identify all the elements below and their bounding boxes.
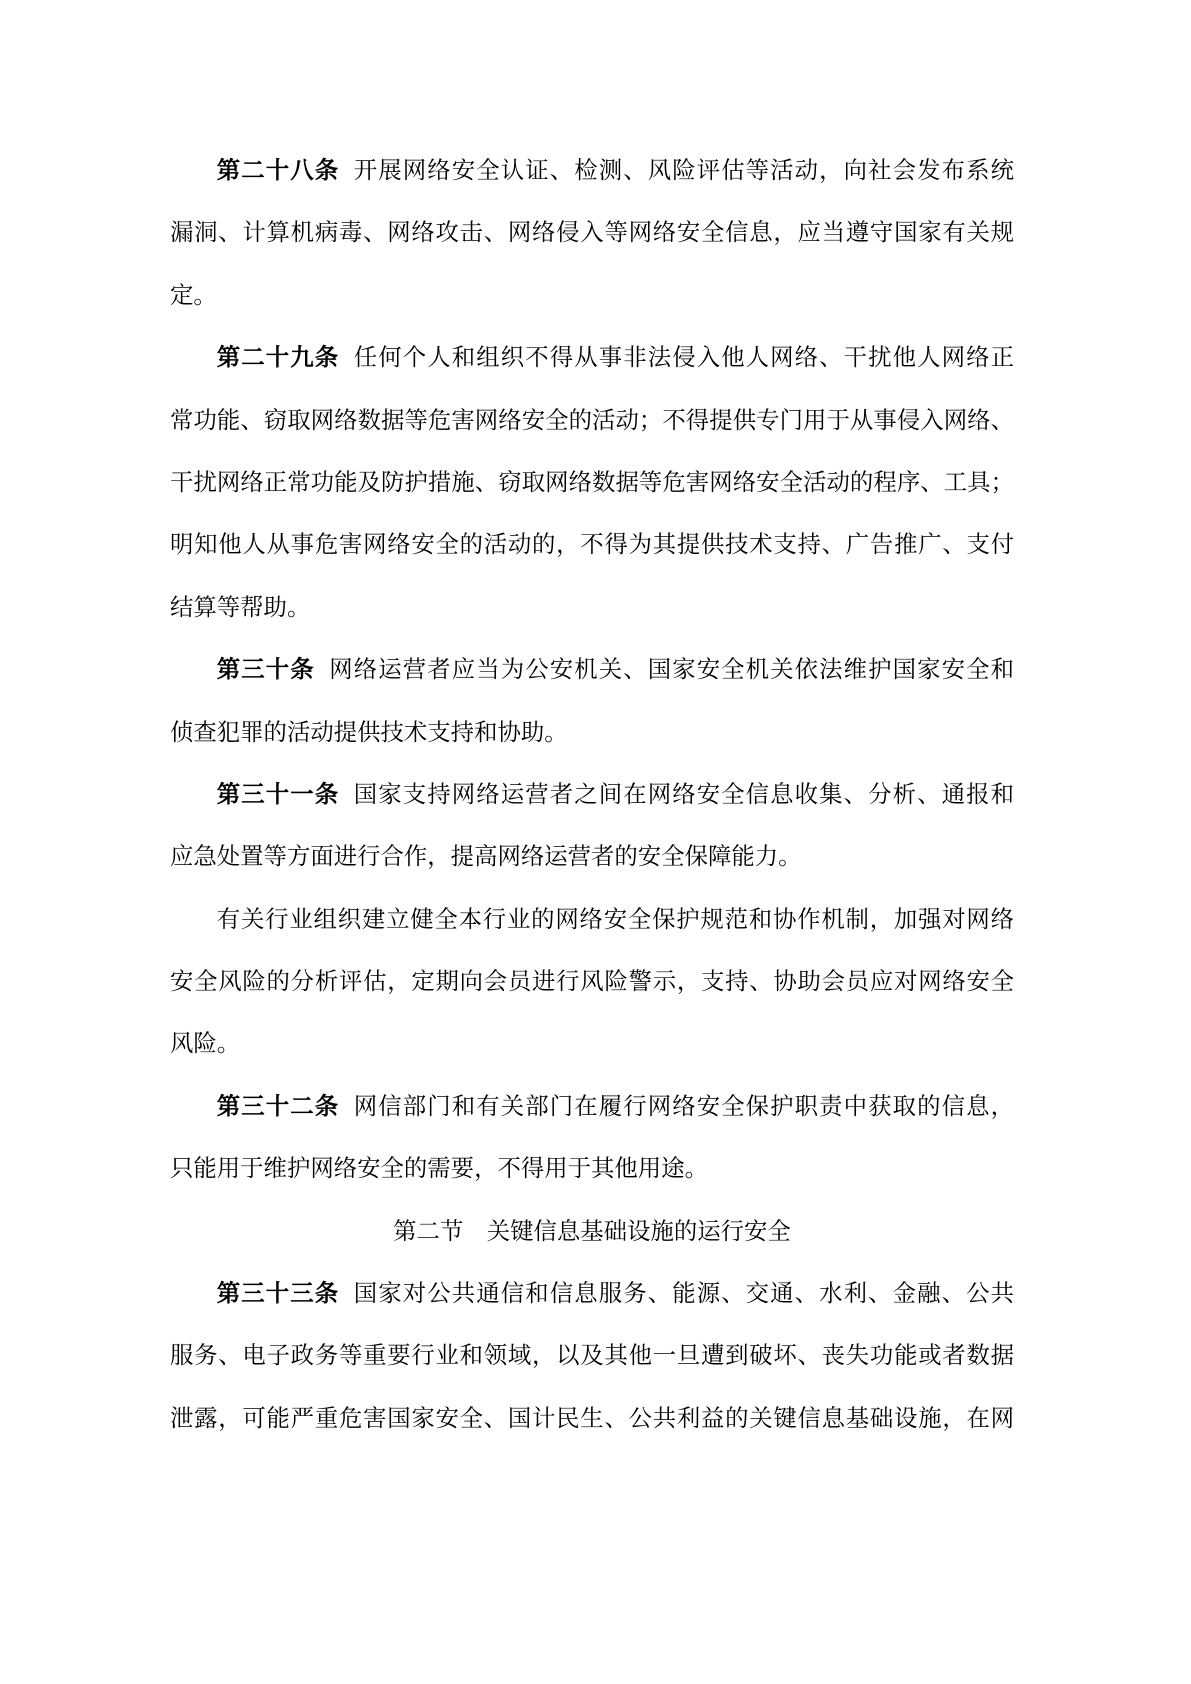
document-body: 第二十八条开展网络安全认证、检测、风险评估等活动，向社会发布系统漏洞、计算机病毒… — [170, 139, 1014, 1449]
line-text: 第二节 关键信息基础设施的运行安全 — [393, 1218, 791, 1244]
line-text: 安全风险的分析评估，定期向会员进行风险警示，支持、协助会员应对网络安全 — [170, 968, 1014, 994]
paragraph: 第三十条网络运营者应当为公安机关、国家安全机关依法维护国家安全和侦查犯罪的活动提… — [170, 638, 1014, 763]
text-line: 干扰网络正常功能及防护措施、窃取网络数据等危害网络安全活动的程序、工具； — [170, 451, 1014, 513]
text-line: 侦查犯罪的活动提供技术支持和协助。 — [170, 701, 1014, 763]
text-line: 结算等帮助。 — [170, 576, 1014, 638]
paragraph: 第三十三条国家对公共通信和信息服务、能源、交通、水利、金融、公共服务、电子政务等… — [170, 1262, 1014, 1449]
line-text: 干扰网络正常功能及防护措施、窃取网络数据等危害网络安全活动的程序、工具； — [170, 469, 1014, 495]
text-line: 应急处置等方面进行合作，提高网络运营者的安全保障能力。 — [170, 825, 1014, 887]
line-text: 结算等帮助。 — [170, 594, 310, 620]
text-line: 风险。 — [170, 1012, 1014, 1074]
line-text: 风险。 — [170, 1030, 240, 1056]
line-text: 定。 — [170, 282, 217, 308]
line-text: 网信部门和有关部门在履行网络安全保护职责中获取的信息， — [354, 1093, 1014, 1119]
text-line: 第三十二条网信部门和有关部门在履行网络安全保护职责中获取的信息， — [170, 1075, 1014, 1137]
paragraph: 第三十一条国家支持网络运营者之间在网络安全信息收集、分析、通报和应急处置等方面进… — [170, 763, 1014, 888]
text-line: 服务、电子政务等重要行业和领域，以及其他一旦遭到破坏、丧失功能或者数据 — [170, 1324, 1014, 1386]
article-number: 第三十条 — [217, 656, 315, 682]
text-line: 定。 — [170, 264, 1014, 326]
text-line: 有关行业组织建立健全本行业的网络安全保护规范和协作机制，加强对网络 — [170, 888, 1014, 950]
line-text: 服务、电子政务等重要行业和领域，以及其他一旦遭到破坏、丧失功能或者数据 — [170, 1342, 1014, 1368]
text-line: 第二十八条开展网络安全认证、检测、风险评估等活动，向社会发布系统 — [170, 139, 1014, 201]
text-line: 第二十九条任何个人和组织不得从事非法侵入他人网络、干扰他人网络正 — [170, 326, 1014, 388]
document-page: 第二十八条开展网络安全认证、检测、风险评估等活动，向社会发布系统漏洞、计算机病毒… — [0, 0, 1191, 1684]
line-text: 任何个人和组织不得从事非法侵入他人网络、干扰他人网络正 — [354, 344, 1014, 370]
section-heading: 第二节 关键信息基础设施的运行安全 — [170, 1200, 1014, 1262]
text-line: 安全风险的分析评估，定期向会员进行风险警示，支持、协助会员应对网络安全 — [170, 950, 1014, 1012]
line-text: 泄露，可能严重危害国家安全、国计民生、公共利益的关键信息基础设施，在网 — [170, 1405, 1014, 1431]
text-line: 漏洞、计算机病毒、网络攻击、网络侵入等网络安全信息，应当遵守国家有关规 — [170, 201, 1014, 263]
line-text: 只能用于维护网络安全的需要，不得用于其他用途。 — [170, 1155, 708, 1181]
text-line: 第三十三条国家对公共通信和信息服务、能源、交通、水利、金融、公共 — [170, 1262, 1014, 1324]
line-text: 国家对公共通信和信息服务、能源、交通、水利、金融、公共 — [354, 1280, 1014, 1306]
paragraph: 第二十九条任何个人和组织不得从事非法侵入他人网络、干扰他人网络正常功能、窃取网络… — [170, 326, 1014, 638]
article-number: 第三十二条 — [217, 1093, 339, 1119]
article-number: 第三十三条 — [217, 1280, 339, 1306]
line-text: 网络运营者应当为公安机关、国家安全机关依法维护国家安全和 — [329, 656, 1014, 682]
section-heading-line: 第二节 关键信息基础设施的运行安全 — [170, 1200, 1014, 1262]
text-line: 常功能、窃取网络数据等危害网络安全的活动；不得提供专门用于从事侵入网络、 — [170, 389, 1014, 451]
line-text: 明知他人从事危害网络安全的活动的，不得为其提供技术支持、广告推广、支付 — [170, 531, 1014, 557]
text-line: 明知他人从事危害网络安全的活动的，不得为其提供技术支持、广告推广、支付 — [170, 513, 1014, 575]
text-line: 泄露，可能严重危害国家安全、国计民生、公共利益的关键信息基础设施，在网 — [170, 1387, 1014, 1449]
line-text: 开展网络安全认证、检测、风险评估等活动，向社会发布系统 — [354, 157, 1014, 183]
text-line: 第三十条网络运营者应当为公安机关、国家安全机关依法维护国家安全和 — [170, 638, 1014, 700]
line-text: 有关行业组织建立健全本行业的网络安全保护规范和协作机制，加强对网络 — [217, 906, 1014, 932]
text-line: 只能用于维护网络安全的需要，不得用于其他用途。 — [170, 1137, 1014, 1199]
line-text: 漏洞、计算机病毒、网络攻击、网络侵入等网络安全信息，应当遵守国家有关规 — [170, 219, 1014, 245]
paragraph: 第三十二条网信部门和有关部门在履行网络安全保护职责中获取的信息，只能用于维护网络… — [170, 1075, 1014, 1200]
article-number: 第二十九条 — [217, 344, 339, 370]
article-number: 第二十八条 — [217, 157, 339, 183]
line-text: 国家支持网络运营者之间在网络安全信息收集、分析、通报和 — [354, 781, 1014, 807]
article-number: 第三十一条 — [217, 781, 339, 807]
line-text: 应急处置等方面进行合作，提高网络运营者的安全保障能力。 — [170, 843, 802, 869]
paragraph: 第二十八条开展网络安全认证、检测、风险评估等活动，向社会发布系统漏洞、计算机病毒… — [170, 139, 1014, 326]
line-text: 侦查犯罪的活动提供技术支持和协助。 — [170, 719, 568, 745]
paragraph: 有关行业组织建立健全本行业的网络安全保护规范和协作机制，加强对网络安全风险的分析… — [170, 888, 1014, 1075]
text-line: 第三十一条国家支持网络运营者之间在网络安全信息收集、分析、通报和 — [170, 763, 1014, 825]
line-text: 常功能、窃取网络数据等危害网络安全的活动；不得提供专门用于从事侵入网络、 — [170, 407, 1014, 433]
